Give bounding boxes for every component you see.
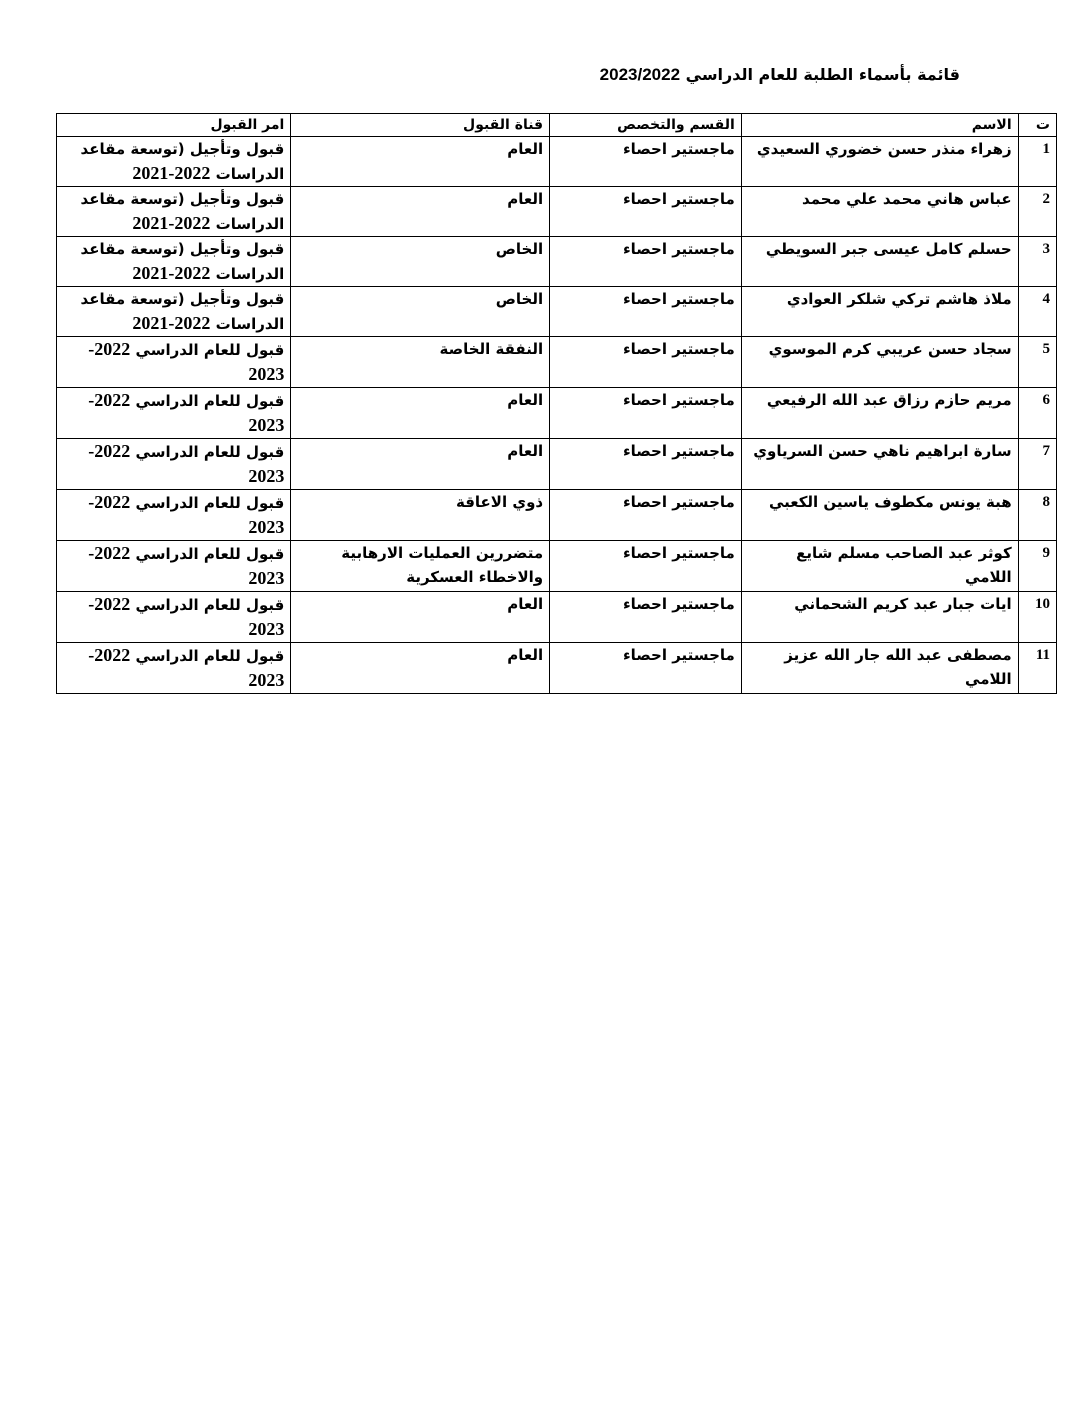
order-text: قبول للعام الدراسي bbox=[130, 647, 284, 665]
cell-admission-channel: الخاص bbox=[291, 237, 550, 287]
cell-name: ملاذ هاشم تركي شلكر العوادي bbox=[741, 287, 1018, 337]
table-row: 1 زهراء منذر حسن خضوري السعيدي ماجستير ا… bbox=[57, 137, 1057, 187]
cell-department: ماجستير احصاء bbox=[550, 439, 742, 490]
cell-name: سارة ابراهيم ناهي حسن السرياوي bbox=[741, 439, 1018, 490]
cell-admission-channel: العام bbox=[291, 137, 550, 187]
order-text: قبول للعام الدراسي bbox=[130, 392, 284, 410]
document-title-year: 2023/2022 bbox=[600, 65, 680, 84]
cell-admission-channel: العام bbox=[291, 439, 550, 490]
cell-name: ايات جبار عبد كريم الشحماني bbox=[741, 592, 1018, 643]
cell-admission-order: قبول وتأجيل (توسعة مقاعد الدراسات 2022-2… bbox=[57, 237, 291, 287]
cell-admission-order: قبول وتأجيل (توسعة مقاعد الدراسات 2022-2… bbox=[57, 187, 291, 237]
header-admission-order: امر القبول bbox=[57, 114, 291, 137]
cell-admission-channel: الخاص bbox=[291, 287, 550, 337]
order-text: قبول للعام الدراسي bbox=[130, 545, 284, 563]
cell-index: 8 bbox=[1018, 490, 1056, 541]
cell-department: ماجستير احصاء bbox=[550, 388, 742, 439]
cell-admission-channel: العام bbox=[291, 643, 550, 694]
cell-admission-order: قبول وتأجيل (توسعة مقاعد الدراسات 2022-2… bbox=[57, 137, 291, 187]
cell-admission-order: قبول للعام الدراسي 2022-2023 bbox=[57, 592, 291, 643]
cell-name: مصطفى عبد الله جار الله عزيز اللامي bbox=[741, 643, 1018, 694]
table-row: 7 سارة ابراهيم ناهي حسن السرياوي ماجستير… bbox=[57, 439, 1057, 490]
cell-admission-order: قبول للعام الدراسي 2022-2023 bbox=[57, 439, 291, 490]
cell-department: ماجستير احصاء bbox=[550, 592, 742, 643]
table-row: 9 كوثر عبد الصاحب مسلم شايع اللامي ماجست… bbox=[57, 541, 1057, 592]
cell-department: ماجستير احصاء bbox=[550, 643, 742, 694]
cell-department: ماجستير احصاء bbox=[550, 137, 742, 187]
cell-admission-order: قبول وتأجيل (توسعة مقاعد الدراسات 2022-2… bbox=[57, 287, 291, 337]
order-year: 2022-2021 bbox=[132, 163, 210, 183]
table-row: 10 ايات جبار عبد كريم الشحماني ماجستير ا… bbox=[57, 592, 1057, 643]
cell-index: 9 bbox=[1018, 541, 1056, 592]
cell-name: مريم حازم رزاق عبد الله الرفيعي bbox=[741, 388, 1018, 439]
cell-admission-channel: العام bbox=[291, 388, 550, 439]
cell-index: 4 bbox=[1018, 287, 1056, 337]
cell-admission-order: قبول للعام الدراسي 2022-2023 bbox=[57, 643, 291, 694]
cell-index: 11 bbox=[1018, 643, 1056, 694]
order-text: قبول للعام الدراسي bbox=[130, 341, 284, 359]
cell-index: 5 bbox=[1018, 337, 1056, 388]
cell-name: سجاد حسن عريبي كرم الموسوي bbox=[741, 337, 1018, 388]
document-title-text: قائمة بأسماء الطلبة للعام الدراسي bbox=[686, 65, 960, 84]
table-row: 6 مريم حازم رزاق عبد الله الرفيعي ماجستي… bbox=[57, 388, 1057, 439]
cell-index: 10 bbox=[1018, 592, 1056, 643]
order-year: 2022-2021 bbox=[132, 263, 210, 283]
cell-name: زهراء منذر حسن خضوري السعيدي bbox=[741, 137, 1018, 187]
cell-admission-channel: العام bbox=[291, 187, 550, 237]
table-row: 4 ملاذ هاشم تركي شلكر العوادي ماجستير اح… bbox=[57, 287, 1057, 337]
order-text: قبول للعام الدراسي bbox=[130, 494, 284, 512]
cell-admission-channel: متضررين العمليات الارهابية والاخطاء العس… bbox=[291, 541, 550, 592]
cell-admission-channel: العام bbox=[291, 592, 550, 643]
cell-index: 6 bbox=[1018, 388, 1056, 439]
header-admission-channel: قناة القبول bbox=[291, 114, 550, 137]
cell-department: ماجستير احصاء bbox=[550, 541, 742, 592]
header-name: الاسم bbox=[741, 114, 1018, 137]
table-row: 3 حسلم كامل عيسى جبر السويطي ماجستير احص… bbox=[57, 237, 1057, 287]
students-table: ت الاسم القسم والتخصص قناة القبول امر ال… bbox=[56, 113, 1057, 694]
cell-admission-order: قبول للعام الدراسي 2022-2023 bbox=[57, 541, 291, 592]
cell-name: كوثر عبد الصاحب مسلم شايع اللامي bbox=[741, 541, 1018, 592]
cell-department: ماجستير احصاء bbox=[550, 337, 742, 388]
table-row: 2 عباس هاني محمد علي محمد ماجستير احصاء … bbox=[57, 187, 1057, 237]
table-row: 5 سجاد حسن عريبي كرم الموسوي ماجستير احص… bbox=[57, 337, 1057, 388]
cell-name: هبة يونس مكطوف ياسين الكعبي bbox=[741, 490, 1018, 541]
table-row: 11 مصطفى عبد الله جار الله عزيز اللامي م… bbox=[57, 643, 1057, 694]
order-text: قبول للعام الدراسي bbox=[130, 596, 284, 614]
cell-index: 7 bbox=[1018, 439, 1056, 490]
cell-admission-channel: ذوي الاعاقة bbox=[291, 490, 550, 541]
cell-index: 2 bbox=[1018, 187, 1056, 237]
cell-index: 3 bbox=[1018, 237, 1056, 287]
cell-department: ماجستير احصاء bbox=[550, 237, 742, 287]
table-row: 8 هبة يونس مكطوف ياسين الكعبي ماجستير اح… bbox=[57, 490, 1057, 541]
table-body: 1 زهراء منذر حسن خضوري السعيدي ماجستير ا… bbox=[57, 137, 1057, 694]
cell-index: 1 bbox=[1018, 137, 1056, 187]
cell-name: حسلم كامل عيسى جبر السويطي bbox=[741, 237, 1018, 287]
table-header-row: ت الاسم القسم والتخصص قناة القبول امر ال… bbox=[57, 114, 1057, 137]
cell-department: ماجستير احصاء bbox=[550, 187, 742, 237]
cell-admission-order: قبول للعام الدراسي 2022-2023 bbox=[57, 388, 291, 439]
cell-department: ماجستير احصاء bbox=[550, 287, 742, 337]
cell-admission-order: قبول للعام الدراسي 2022-2023 bbox=[57, 490, 291, 541]
cell-admission-channel: النفقة الخاصة bbox=[291, 337, 550, 388]
cell-department: ماجستير احصاء bbox=[550, 490, 742, 541]
header-index: ت bbox=[1018, 114, 1056, 137]
order-text: قبول للعام الدراسي bbox=[130, 443, 284, 461]
cell-name: عباس هاني محمد علي محمد bbox=[741, 187, 1018, 237]
order-year: 2022-2021 bbox=[132, 313, 210, 333]
order-year: 2022-2021 bbox=[132, 213, 210, 233]
document-title: قائمة بأسماء الطلبة للعام الدراسي 2023/2… bbox=[380, 64, 960, 86]
header-department: القسم والتخصص bbox=[550, 114, 742, 137]
cell-admission-order: قبول للعام الدراسي 2022-2023 bbox=[57, 337, 291, 388]
